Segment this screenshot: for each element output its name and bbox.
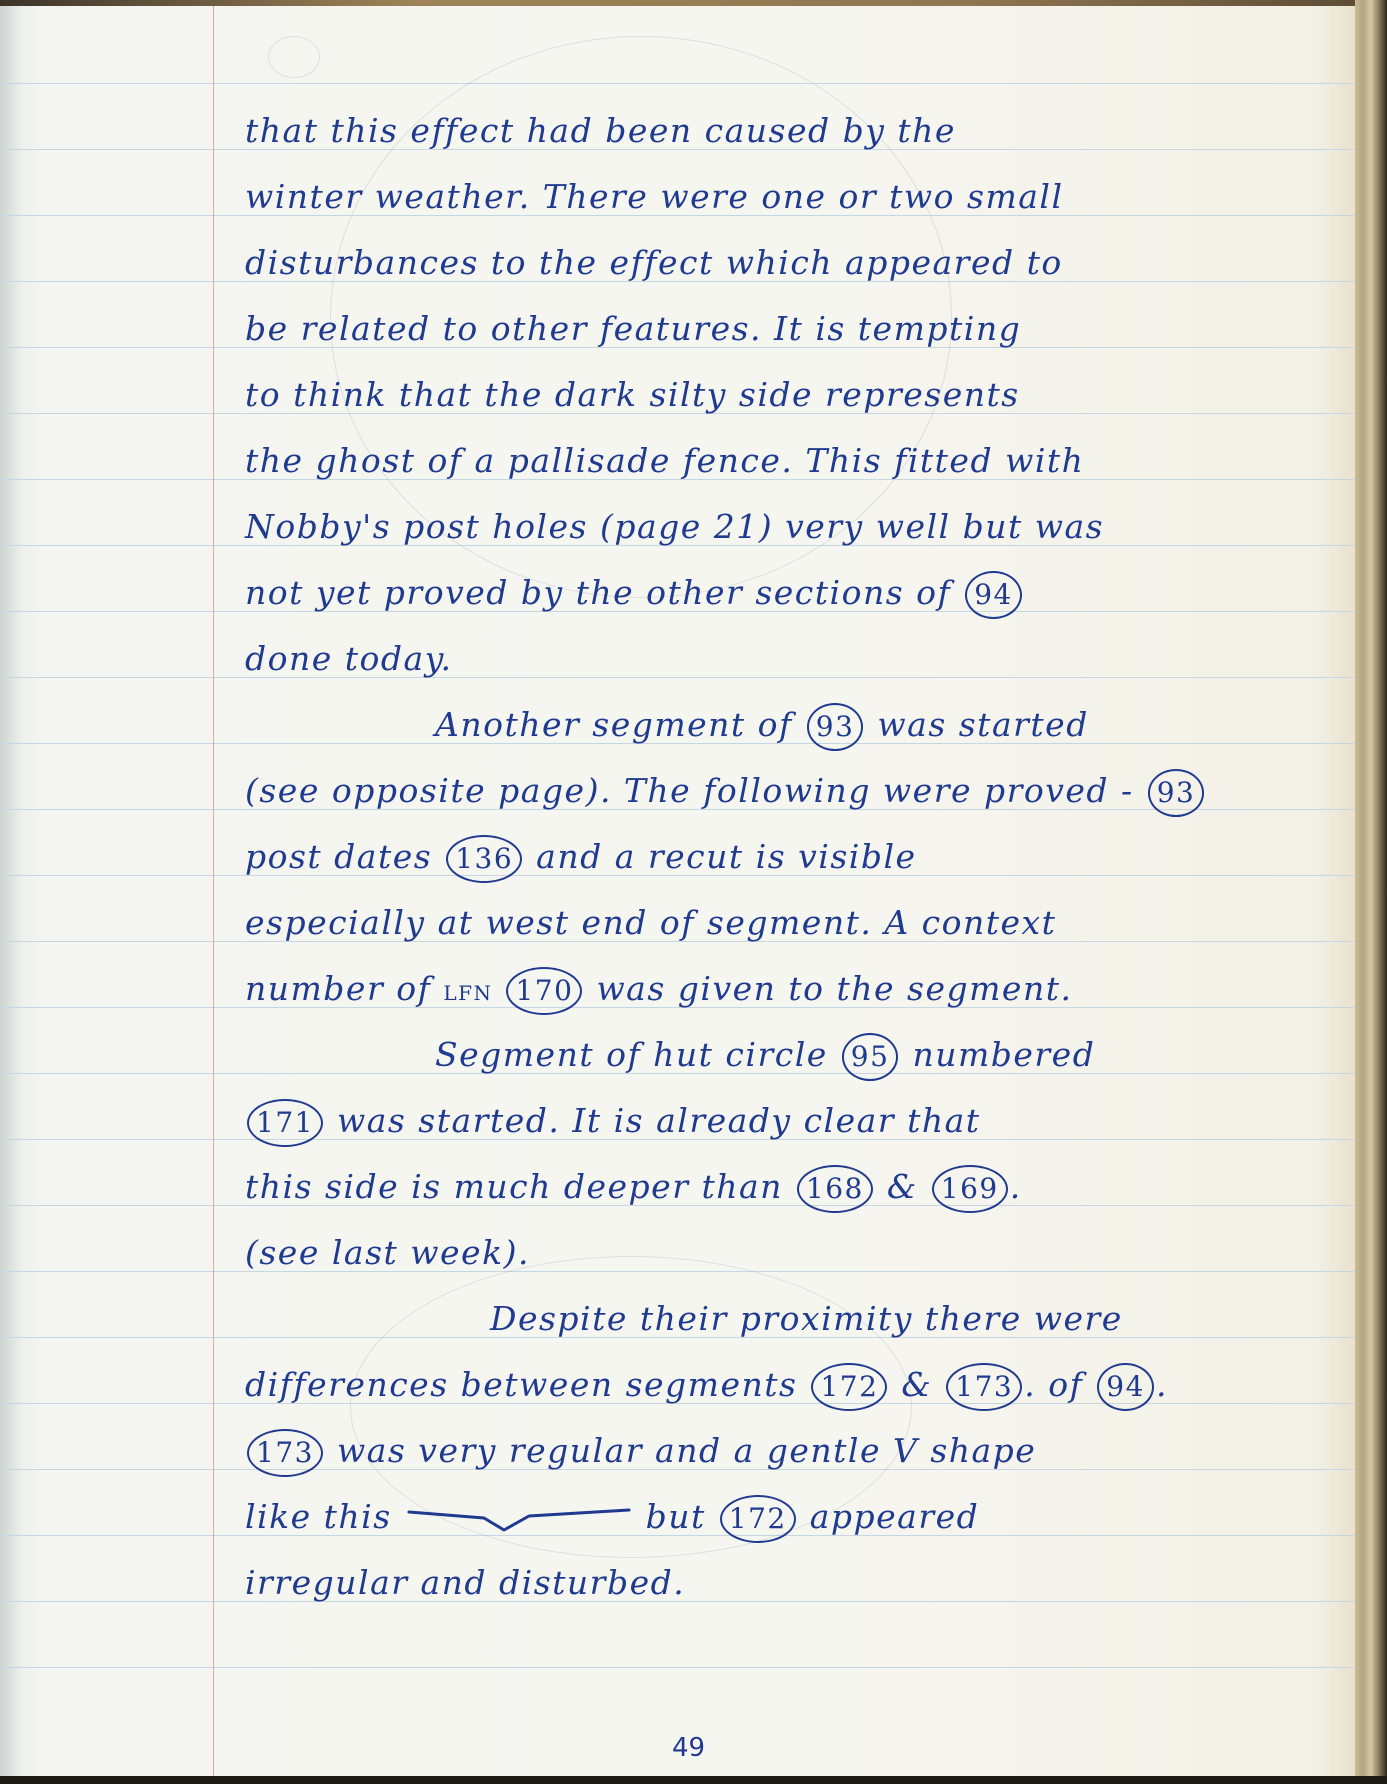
text-fragment: Segment of hut circle bbox=[435, 1035, 828, 1074]
context-number-circle: 94 bbox=[1097, 1363, 1154, 1411]
ruled-line bbox=[0, 1667, 1355, 1668]
context-number-circle: 93 bbox=[807, 703, 864, 751]
text-line: that this effect had been caused by the bbox=[245, 98, 956, 164]
text-fragment: to think that the dark silty side repres… bbox=[245, 375, 1020, 414]
context-number-circle: 172 bbox=[720, 1495, 796, 1543]
v-profile-sketch-icon bbox=[404, 1504, 634, 1534]
page-number: 49 bbox=[672, 1733, 705, 1763]
text-line: Nobby's post holes (page 21) very well b… bbox=[245, 494, 1104, 560]
text-fragment: & bbox=[887, 1167, 918, 1206]
text-line: not yet proved by the other sections of … bbox=[245, 560, 1024, 626]
text-fragment: winter weather. There were one or two sm… bbox=[245, 177, 1064, 216]
text-fragment: not yet proved by the other sections of bbox=[245, 573, 951, 612]
text-fragment: . bbox=[1010, 1167, 1022, 1206]
text-fragment: was started. It is already clear that bbox=[337, 1101, 981, 1140]
notebook-bottom-edge bbox=[0, 1776, 1387, 1784]
text-fragment: that this effect had been caused by the bbox=[245, 111, 956, 150]
ruled-line bbox=[0, 677, 1355, 678]
text-fragment: differences between segments bbox=[245, 1365, 797, 1404]
context-number-circle: 169 bbox=[932, 1165, 1008, 1213]
text-line: (see opposite page). The following were … bbox=[245, 758, 1206, 824]
text-fragment: like this bbox=[245, 1497, 392, 1536]
margin-line bbox=[213, 6, 214, 1776]
text-line: 171 was started. It is already clear tha… bbox=[245, 1088, 981, 1154]
text-line: disturbances to the effect which appeare… bbox=[245, 230, 1063, 296]
text-line: like this but 172 appeared bbox=[245, 1484, 979, 1550]
text-fragment: (see opposite page). The following were … bbox=[245, 771, 1134, 810]
text-fragment: Nobby's post holes (page 21) very well b… bbox=[245, 507, 1104, 546]
text-fragment: & bbox=[901, 1365, 932, 1404]
context-number-circle: 93 bbox=[1148, 769, 1205, 817]
context-number-circle: 94 bbox=[965, 571, 1022, 619]
text-line: irregular and disturbed. bbox=[245, 1550, 685, 1616]
text-line: number of LFN 170 was given to the segme… bbox=[245, 956, 1072, 1022]
context-number-circle: 173 bbox=[946, 1363, 1022, 1411]
text-line: Segment of hut circle 95 numbered bbox=[435, 1022, 1095, 1088]
text-fragment: numbered bbox=[912, 1035, 1095, 1074]
context-number-circle: 136 bbox=[446, 835, 522, 883]
context-number-circle: 95 bbox=[842, 1033, 899, 1081]
show-through-circle bbox=[268, 36, 320, 78]
text-fragment: (see last week). bbox=[245, 1233, 530, 1272]
text-fragment: but bbox=[646, 1497, 706, 1536]
gutter-shadow bbox=[0, 6, 22, 1776]
context-number-circle: 171 bbox=[247, 1099, 323, 1147]
text-fragment: and a recut is visible bbox=[536, 837, 916, 876]
text-fragment: this side is much deeper than bbox=[245, 1167, 783, 1206]
text-fragment: be related to other features. It is temp… bbox=[245, 309, 1021, 348]
text-fragment: post dates bbox=[245, 837, 432, 876]
text-fragment: appeared bbox=[810, 1497, 980, 1536]
context-number-circle: 173 bbox=[247, 1429, 323, 1477]
text-fragment: done today. bbox=[245, 639, 452, 678]
context-number-circle: 172 bbox=[811, 1363, 887, 1411]
text-line: differences between segments 172 & 173. … bbox=[245, 1352, 1168, 1418]
text-line: to think that the dark silty side repres… bbox=[245, 362, 1020, 428]
text-fragment: . bbox=[1156, 1365, 1168, 1404]
text-fragment: Another segment of bbox=[435, 705, 793, 744]
text-line: be related to other features. It is temp… bbox=[245, 296, 1021, 362]
text-fragment: . of bbox=[1024, 1365, 1083, 1404]
text-line: especially at west end of segment. A con… bbox=[245, 890, 1056, 956]
text-line: this side is much deeper than 168 & 169. bbox=[245, 1154, 1022, 1220]
text-line: (see last week). bbox=[245, 1220, 530, 1286]
text-line: 173 was very regular and a gentle V shap… bbox=[245, 1418, 1036, 1484]
text-line: the ghost of a pallisade fence. This fit… bbox=[245, 428, 1084, 494]
notebook-page: that this effect had been caused by the … bbox=[0, 6, 1355, 1776]
site-code: LFN bbox=[443, 981, 492, 1005]
text-fragment: was started bbox=[877, 705, 1088, 744]
text-fragment: disturbances to the effect which appeare… bbox=[245, 243, 1063, 282]
notebook-spine-edge bbox=[1355, 0, 1387, 1784]
text-line: Another segment of 93 was started bbox=[435, 692, 1089, 758]
text-fragment: the ghost of a pallisade fence. This fit… bbox=[245, 441, 1084, 480]
text-fragment: number of bbox=[245, 969, 431, 1008]
text-fragment: was given to the segment. bbox=[596, 969, 1072, 1008]
context-number-circle: 168 bbox=[797, 1165, 873, 1213]
context-number-circle: 170 bbox=[506, 967, 582, 1015]
text-line: winter weather. There were one or two sm… bbox=[245, 164, 1064, 230]
text-line: Despite their proximity there were bbox=[490, 1286, 1123, 1352]
text-line: done today. bbox=[245, 626, 452, 692]
text-fragment: irregular and disturbed. bbox=[245, 1563, 685, 1602]
text-line: post dates 136 and a recut is visible bbox=[245, 824, 917, 890]
text-fragment: especially at west end of segment. A con… bbox=[245, 903, 1056, 942]
text-fragment: Despite their proximity there were bbox=[490, 1299, 1123, 1338]
text-fragment: was very regular and a gentle V shape bbox=[337, 1431, 1036, 1470]
